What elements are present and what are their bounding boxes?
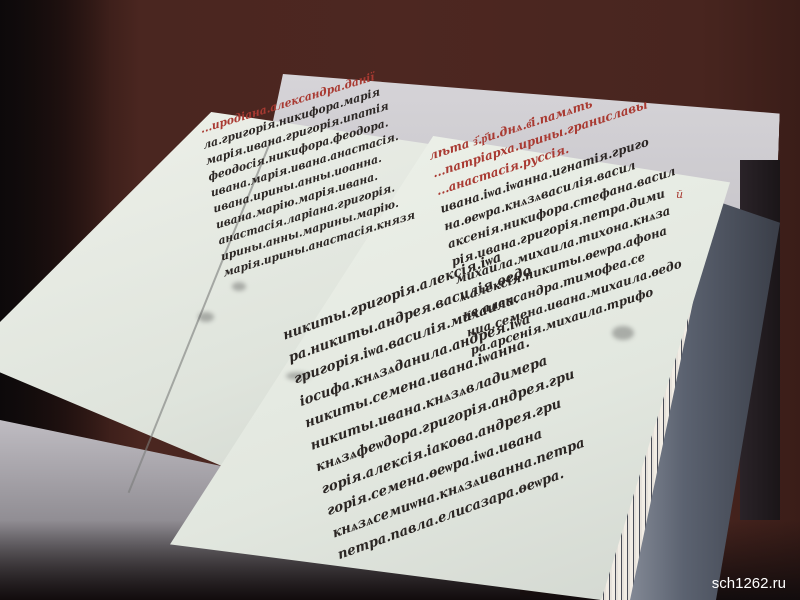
page-stain	[232, 282, 246, 291]
page-stain	[612, 326, 634, 340]
watermark: sch1262.ru	[712, 575, 786, 592]
page-stain	[198, 312, 214, 322]
